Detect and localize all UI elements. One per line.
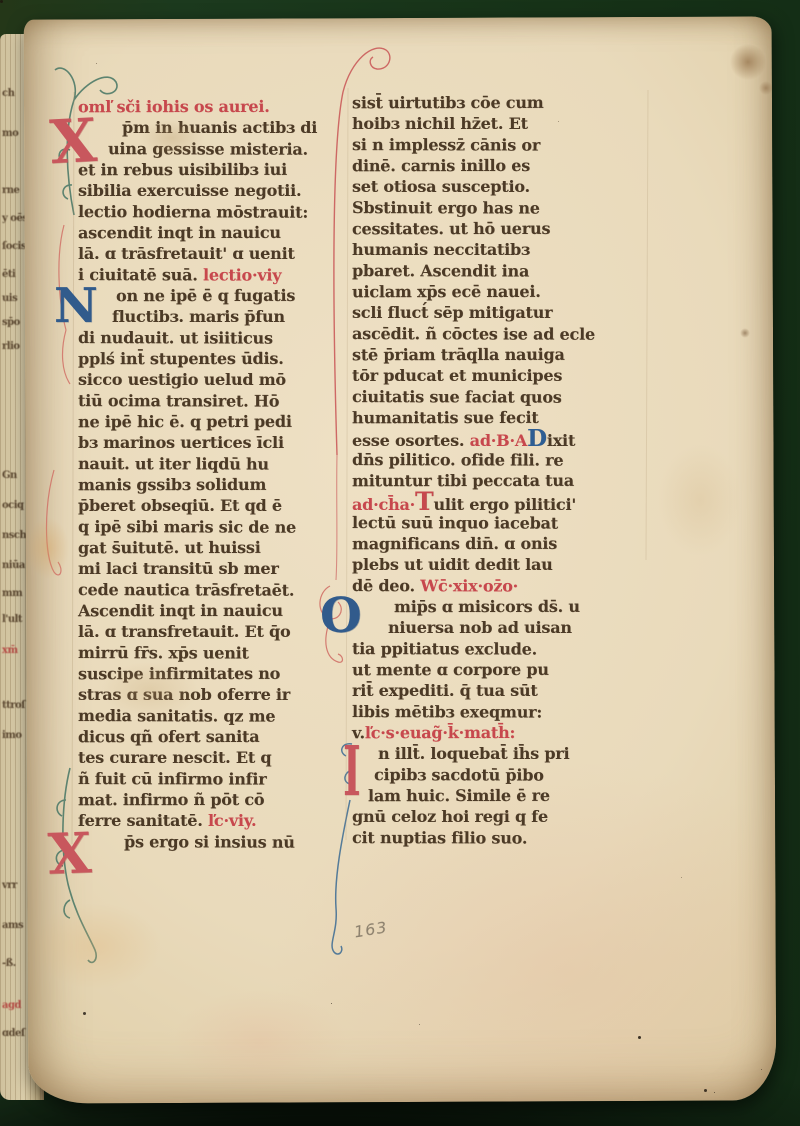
text-line: libis mētibɜ exeqmur: xyxy=(352,701,624,723)
body-text: sibilia exercuisse negotii. xyxy=(78,181,301,200)
text-line: gnū celoz hoi regi q fe xyxy=(352,806,624,827)
text-line: et in rebus uisibilibɜ iui xyxy=(78,159,340,180)
text-line: hoibɜ nichil hz̄et. Et xyxy=(352,113,624,134)
body-text: pbaret. Ascendit ina xyxy=(352,261,529,280)
body-text: humanitatis sue fecit xyxy=(352,408,539,427)
body-text: cessitates. ut hō uerus xyxy=(352,219,550,238)
body-text: mituntur tibi peccata tua xyxy=(352,471,574,490)
body-text: cit nuptias filio suo. xyxy=(352,828,527,847)
body-text: dē deo. xyxy=(352,576,420,595)
body-text: cipibɜ sacdotū p̄ibo xyxy=(374,765,544,784)
body-text: ñ fuit cū infirmo infir xyxy=(78,769,267,788)
body-text: cede nautica trāsfretaēt. xyxy=(78,580,294,600)
text-line: mirrū fr̄s. xp̄s uenit xyxy=(78,642,340,664)
text-line: ascēdit. ñ cōctes ise ad ecle xyxy=(352,323,624,345)
text-line: mip̄s ɑ misicors ds̄. u xyxy=(352,596,624,617)
text-line: magnificans din̄. ɑ onis xyxy=(352,533,624,554)
text-line: lā. ɑ trāsfretauit' ɑ uenit xyxy=(78,243,340,264)
body-text: ascēdit. ñ cōctes ise ad ecle xyxy=(352,324,595,344)
body-text: p̄s ergo si insius nū xyxy=(124,832,295,851)
body-text: ascendit inqt in nauicu xyxy=(78,223,281,242)
text-line: set otiosa susceptio. xyxy=(352,176,624,197)
body-text: tōr pducat et municipes xyxy=(352,366,562,385)
body-text: dn̄s pilitico. ofide fili. re xyxy=(352,450,563,470)
text-line: cipibɜ sacdotū p̄ibo xyxy=(352,764,624,786)
text-line: dn̄s pilitico. ofide fili. re xyxy=(352,449,624,471)
text-line: q ipē sibi maris sic de ne xyxy=(78,516,340,538)
text-line: cede nautica trāsfretaēt. xyxy=(78,579,340,601)
text-line: on ne ipē ē q fugatis xyxy=(78,285,340,306)
body-text: Ascendit inqt in nauicu xyxy=(78,601,283,620)
body-text: suscipe infirmitates no xyxy=(78,664,280,683)
body-text: q ipē sibi maris sic de ne xyxy=(78,517,296,537)
body-text: tia ppitiatus exclude. xyxy=(352,639,537,658)
body-text: di nudauit. ut isiiticus xyxy=(78,328,273,348)
dropcap-N-left: N xyxy=(54,282,98,330)
text-line: media sanitatis. qz me xyxy=(78,705,340,727)
body-text: mi laci transitū sb mer xyxy=(78,559,279,578)
text-line: si n implessz̄ cānis or xyxy=(352,134,624,156)
body-text: uiclam xp̄s ecē nauei. xyxy=(352,282,541,301)
text-line: ascendit inqt in nauicu xyxy=(78,222,340,243)
body-text: stē p̄riam trāqlla nauiga xyxy=(352,345,565,364)
text-line: ne ipē hic ē. q petri pedi xyxy=(78,411,340,432)
text-line: v.ľc·s·euag̃·k̄·math̄: xyxy=(352,722,624,743)
body-text: ferre sanitatē. xyxy=(78,811,208,830)
text-line: pbaret. Ascendit ina xyxy=(352,260,624,282)
body-text: n illt̄. loquebat̄ ih̄s pri xyxy=(378,744,569,763)
body-text: lectio hodierna mōstrauit: xyxy=(78,202,308,222)
text-line: tiū ocima transiret. Hō xyxy=(78,390,340,412)
text-line: Ascendit inqt in nauicu xyxy=(78,600,340,621)
text-line: n illt̄. loquebat̄ ih̄s pri xyxy=(352,743,624,764)
body-text: stras ɑ sua nob oferre ir xyxy=(78,685,290,704)
text-line: sicco uestigio uelud mō xyxy=(78,369,340,390)
body-text: et in rebus uisibilibɜ iui xyxy=(78,160,287,179)
text-line: esse osortes. ad·B·ADixit xyxy=(352,428,624,449)
body-text: esse osortes. xyxy=(352,431,470,450)
text-line: p̄s ergo si insius nū xyxy=(78,831,340,853)
text-line: lam huic. Simile ē re xyxy=(352,785,624,806)
text-column-right: sist̄ uirtutibɜ cōe cumhoibɜ nichil hz̄e… xyxy=(352,92,624,848)
body-text: lam huic. Simile ē re xyxy=(368,786,550,805)
text-line: mat. infirmo ñ pōt cō xyxy=(78,789,340,810)
text-line: fluctibɜ. maris p̄fun xyxy=(78,306,340,327)
rubric-text: omľ sči iohis os aurei. xyxy=(78,97,270,116)
body-text: ixit xyxy=(547,431,575,450)
text-line: ad·ch̄a·Tulit ergo pilitici' xyxy=(352,491,624,512)
text-line: tia ppitiatus exclude. xyxy=(352,638,624,660)
text-line: lectū suū inquo iacebat xyxy=(352,512,624,534)
body-text: dinē. carnis inillo es xyxy=(352,156,530,175)
body-text: mip̄s ɑ misicors ds̄. u xyxy=(394,597,580,616)
text-line: gat s̄uitutē. ut huissi xyxy=(78,537,340,558)
body-text: gnū celoz hoi regi q fe xyxy=(352,807,548,826)
body-text: on ne ipē ē q fugatis xyxy=(116,286,295,305)
text-line: dē deo. Wc̄·xix·oz̄o· xyxy=(352,575,624,597)
dropcap-X-top-left: X xyxy=(48,111,98,173)
text-line: ferre sanitatē. ľc·viy. xyxy=(78,810,340,831)
text-line: ut mente ɑ corpore pu xyxy=(352,659,624,680)
text-line: pplś int̄ stupentes ūdis. xyxy=(78,348,340,369)
dropcap-I-right: I xyxy=(343,738,360,806)
text-line: ciuitatis sue faciat quos xyxy=(352,386,624,408)
body-text: ciuitatis sue faciat quos xyxy=(352,387,562,407)
text-line: ñ fuit cū infirmo infir xyxy=(78,768,340,790)
body-text: libis mētibɜ exeqmur: xyxy=(352,702,542,721)
body-text: fluctibɜ. maris p̄fun xyxy=(112,307,285,326)
body-text: si n implessz̄ cānis or xyxy=(352,135,540,154)
dropcap-X-bottom-left: X xyxy=(47,825,92,882)
body-text: lā. ɑ trāsfretauit' ɑ uenit xyxy=(78,244,295,263)
text-line: nauit. ut iter liqdū hu xyxy=(78,453,340,475)
body-text: manis gssibɜ solidum xyxy=(78,475,266,494)
body-text: lā. ɑ transfretauit. Et q̄o xyxy=(78,622,290,641)
body-text: hoibɜ nichil hz̄et. Et xyxy=(352,114,528,133)
body-text: media sanitatis. qz me xyxy=(78,706,275,726)
body-text: uina gessisse misteria. xyxy=(108,139,308,159)
text-line: stras ɑ sua nob oferre ir xyxy=(78,684,340,705)
text-line: cessitates. ut hō uerus xyxy=(352,218,624,239)
body-text: nauit. ut iter liqdū hu xyxy=(78,454,269,473)
body-text: set otiosa susceptio. xyxy=(352,177,530,196)
rubric-text: ľc·s·euag̃·k̄·math̄: xyxy=(365,723,515,742)
text-line: tōr pducat et municipes xyxy=(352,365,624,386)
body-text: p̄m in huanis actibɜ di xyxy=(122,118,317,137)
body-text: mirrū fr̄s. xp̄s uenit xyxy=(78,643,249,662)
text-line: mituntur tibi peccata tua xyxy=(352,470,624,491)
body-text: niuersa nob ad uisan xyxy=(388,618,572,637)
text-line: i ciuitatē suā. lectio·viy xyxy=(78,264,340,286)
inline-initial: D xyxy=(527,425,547,452)
body-text: ulit ergo pilitici' xyxy=(433,495,576,514)
body-text: magnificans din̄. ɑ onis xyxy=(352,534,557,553)
body-text: scli fluct́ sēp mitigatur xyxy=(352,303,552,322)
text-line: sist̄ uirtutibɜ cōe cum xyxy=(352,92,624,113)
body-text: tes curare nescit. Et q xyxy=(78,748,271,767)
text-line: scli fluct́ sēp mitigatur xyxy=(352,302,624,323)
body-text: ne ipē hic ē. q petri pedi xyxy=(78,412,292,431)
body-text: p̄beret obseqiū. Et qd ē xyxy=(78,496,282,515)
body-text: dicus qñ ofert sanita xyxy=(78,727,259,746)
text-line: sibilia exercuisse negotii. xyxy=(78,180,340,201)
text-line: manis gssibɜ solidum xyxy=(78,474,340,495)
body-text: mat. infirmo ñ pōt cō xyxy=(78,790,264,809)
text-line: uiclam xp̄s ecē nauei. xyxy=(352,281,624,302)
dropcap-O-right: O xyxy=(320,592,362,640)
body-text: lectū suū inquo iacebat xyxy=(352,513,558,533)
rubric-text: Wc̄·xix·oz̄o· xyxy=(420,576,518,595)
text-line: rit̄ expediti. q̄ tua sūt xyxy=(352,680,624,701)
text-line: mi laci transitū sb mer xyxy=(78,558,340,579)
rubric-text: ľc·viy. xyxy=(208,811,256,830)
ink-specks xyxy=(0,0,3,3)
text-line: p̄m in huanis actibɜ di xyxy=(78,117,340,138)
body-text: ut mente ɑ corpore pu xyxy=(352,660,549,679)
text-line: p̄beret obseqiū. Et qd ē xyxy=(78,495,340,516)
text-line: humanis neccitatibɜ xyxy=(352,239,624,260)
text-column-left: omľ sči iohis os aurei.p̄m in huanis act… xyxy=(78,96,340,852)
rubric-text: ad·B·A xyxy=(470,431,527,450)
text-line: Sbstinuit ergo has ne xyxy=(352,197,624,219)
text-line: suscipe infirmitates no xyxy=(78,663,340,684)
body-text: Sbstinuit ergo has ne xyxy=(352,198,540,217)
body-text: humanis neccitatibɜ xyxy=(352,240,530,259)
text-line: bɜ marinos uertices īcli xyxy=(78,432,340,453)
text-line: lectio hodierna mōstrauit: xyxy=(78,201,340,223)
text-line: niuersa nob ad uisan xyxy=(352,617,624,638)
text-line: plebs ut uidit dedit lau xyxy=(352,554,624,575)
body-text: sicco uestigio uelud mō xyxy=(78,370,286,389)
body-text: rit̄ expediti. q̄ tua sūt xyxy=(352,681,538,700)
text-line: omľ sči iohis os aurei. xyxy=(78,96,340,117)
body-text: bɜ marinos uertices īcli xyxy=(78,433,284,452)
body-text: pplś int̄ stupentes ūdis. xyxy=(78,349,284,368)
text-line: di nudauit. ut isiiticus xyxy=(78,327,340,349)
text-line: humanitatis sue fecit xyxy=(352,407,624,428)
text-line: lā. ɑ transfretauit. Et q̄o xyxy=(78,621,340,642)
manuscript-photo: chmorney oēsſocisētiuissp̄orlioGnociqnsc… xyxy=(0,0,800,1126)
text-line: dinē. carnis inillo es xyxy=(352,155,624,176)
text-line: tes curare nescit. Et q xyxy=(78,747,340,768)
text-line: cit nuptias filio suo. xyxy=(352,827,624,849)
text-line: dicus qñ ofert sanita xyxy=(78,726,340,747)
rubric-text: lectio·viy xyxy=(203,265,281,284)
text-line: stē p̄riam trāqlla nauiga xyxy=(352,344,624,365)
body-text: sist̄ uirtutibɜ cōe cum xyxy=(352,93,544,112)
body-text: gat s̄uitutē. ut huissi xyxy=(78,538,261,557)
body-text: tiū ocima transiret. Hō xyxy=(78,391,279,411)
body-text: plebs ut uidit dedit lau xyxy=(352,555,553,574)
text-line: uina gessisse misteria. xyxy=(78,138,340,160)
